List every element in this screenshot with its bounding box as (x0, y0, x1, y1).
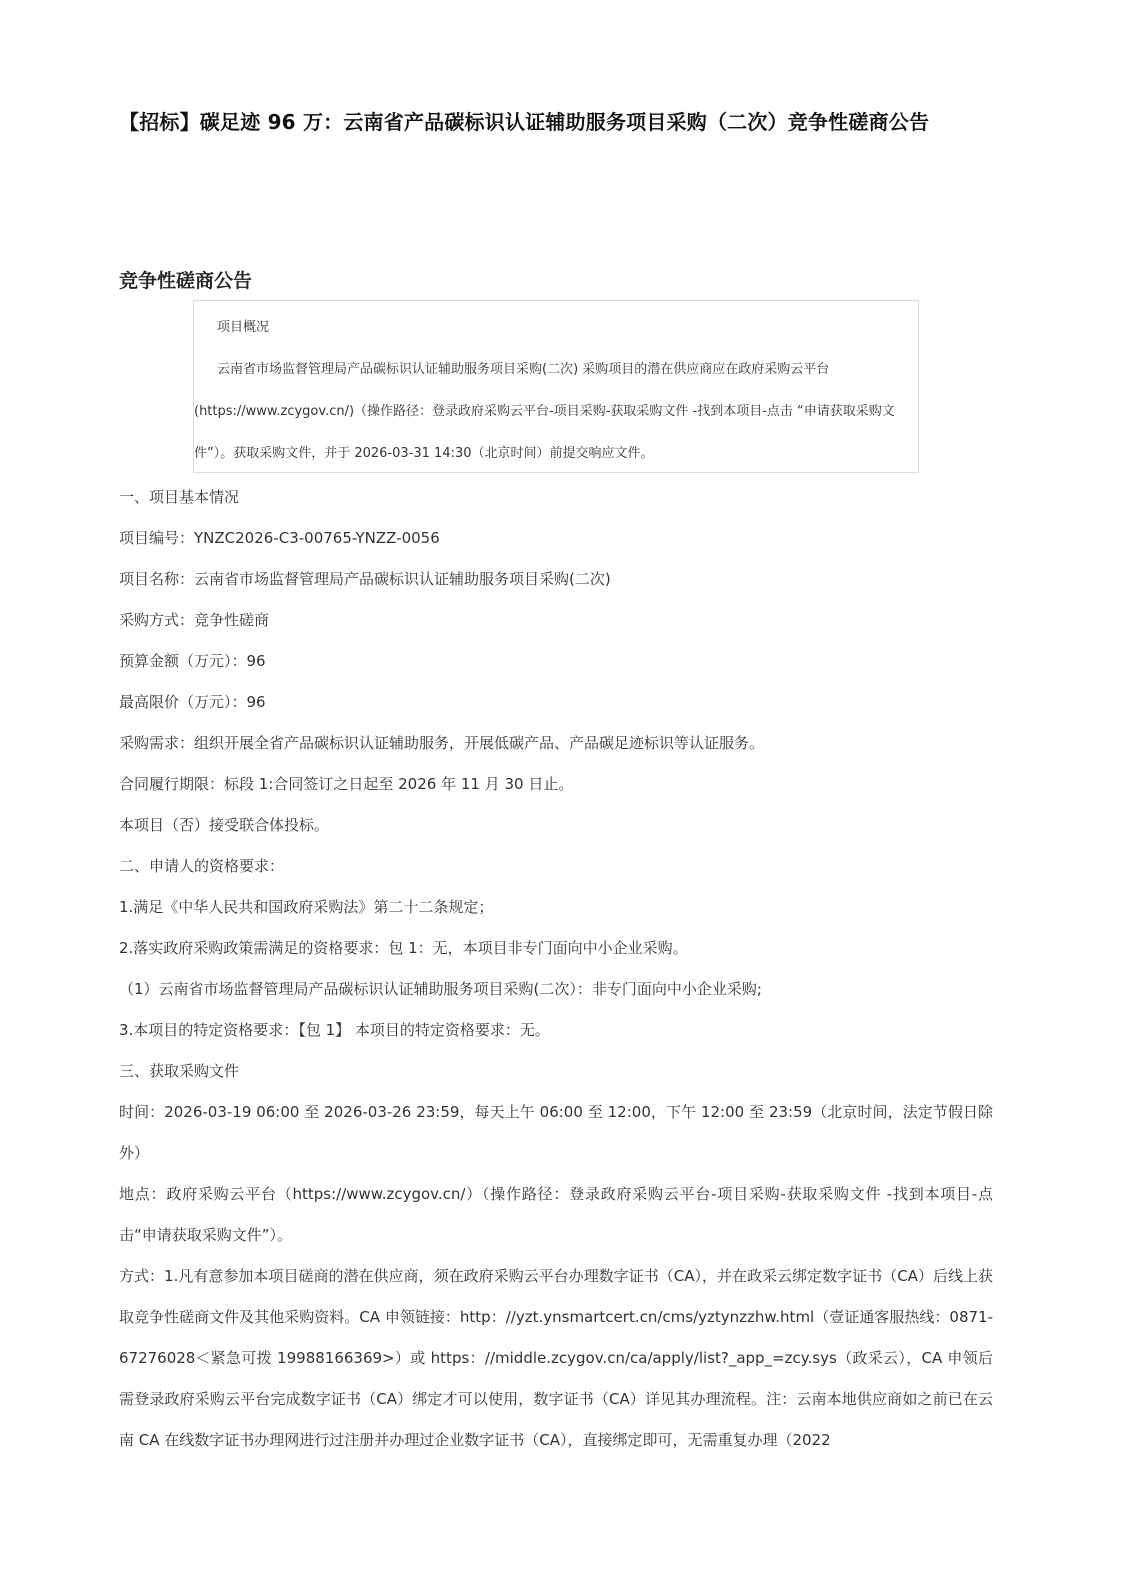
part3-heading: 三、获取采购文件 (119, 1051, 239, 1092)
qualification-item-3: 3.本项目的特定资格要求：【包 1】 本项目的特定资格要求：无。 (119, 1010, 550, 1051)
part1-heading: 一、项目基本情况 (119, 477, 239, 518)
acquisition-time: 时间：2026-03-19 06:00 至 2026-03-26 23:59，每… (119, 1092, 993, 1174)
overview-body: 云南省市场监督管理局产品碳标识认证辅助服务项目采购(二次) 采购项目的潜在供应商… (194, 349, 918, 475)
qualification-item-2: 2.落实政府采购政策需满足的资格要求：包 1：无，本项目非专门面向中小企业采购。 (119, 928, 688, 969)
procurement-requirements: 采购需求：组织开展全省产品碳标识认证辅助服务，开展低碳产品、产品碳足迹标识等认证… (119, 723, 764, 764)
acquisition-location: 地点：政府采购云平台（https://www.zcygov.cn/）（操作路径：… (119, 1174, 993, 1256)
project-number: 项目编号：YNZC2026-C3-00765-YNZZ-0056 (119, 518, 440, 559)
overview-heading: 项目概况 (217, 307, 269, 349)
procurement-method: 采购方式：竞争性磋商 (119, 600, 269, 641)
consortium-policy: 本项目（否）接受联合体投标。 (119, 805, 329, 846)
project-overview-box: 项目概况 云南省市场监督管理局产品碳标识认证辅助服务项目采购(二次) 采购项目的… (193, 300, 919, 473)
section-heading: 竞争性磋商公告 (119, 266, 252, 296)
budget-amount: 预算金额（万元）：96 (119, 641, 266, 682)
part2-heading: 二、申请人的资格要求： (119, 846, 284, 887)
project-name: 项目名称：云南省市场监督管理局产品碳标识认证辅助服务项目采购(二次) (119, 559, 611, 600)
max-price: 最高限价（万元）：96 (119, 682, 266, 723)
document-title: 【招标】碳足迹 96 万：云南省产品碳标识认证辅助服务项目采购（二次）竞争性磋商… (119, 100, 999, 144)
qualification-item-1: 1.满足《中华人民共和国政府采购法》第二十二条规定； (119, 887, 493, 928)
contract-period: 合同履行期限：标段 1:合同签订之日起至 2026 年 11 月 30 日止。 (119, 764, 573, 805)
acquisition-method: 方式：1.凡有意参加本项目磋商的潜在供应商，须在政府采购云平台办理数字证书（CA… (119, 1256, 993, 1461)
qualification-item-2-sub: （1）云南省市场监督管理局产品碳标识认证辅助服务项目采购(二次）：非专门面向中小… (119, 969, 762, 1010)
